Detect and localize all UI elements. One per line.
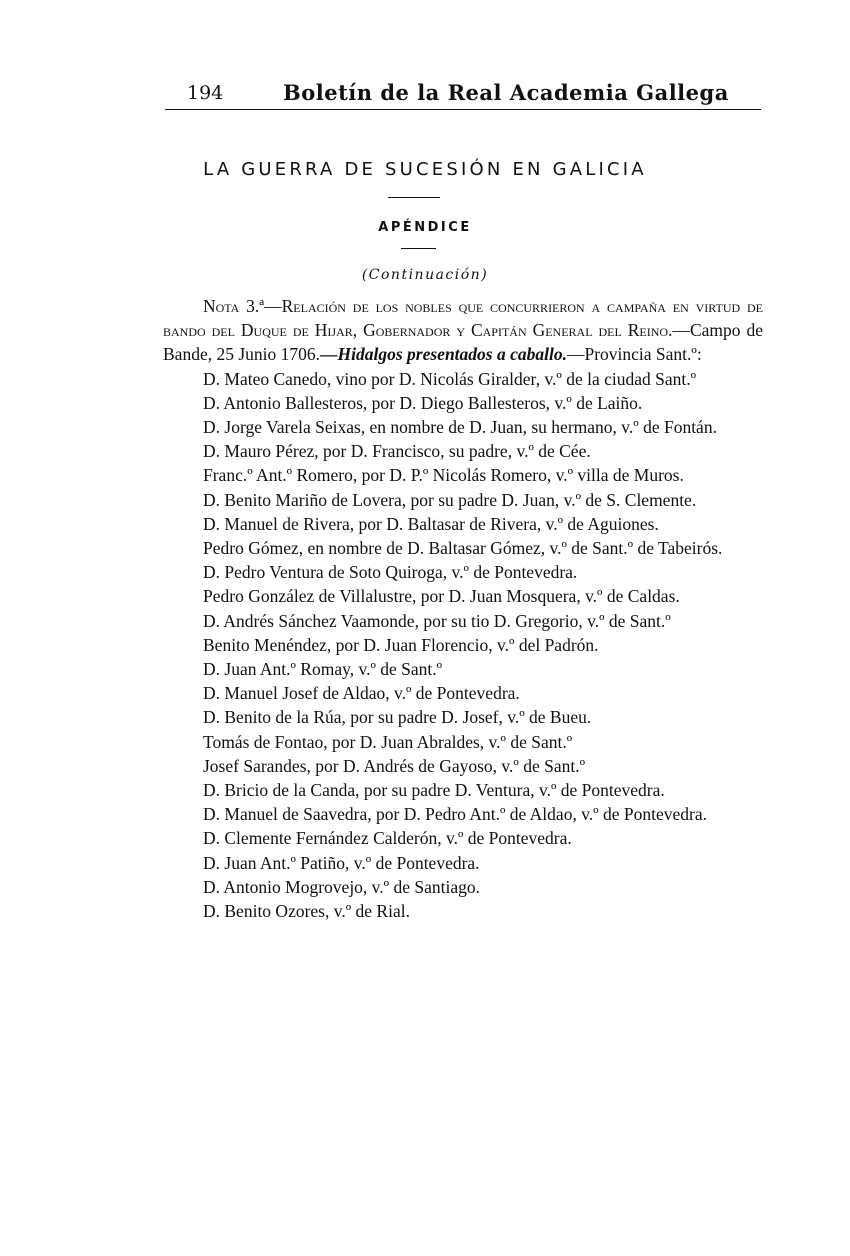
list-item: D. Juan Ant.º Romay, v.º de Sant.º	[163, 657, 763, 681]
list-item: D. Benito Ozores, v.º de Rial.	[163, 899, 763, 923]
list-item: D. Andrés Sánchez Vaamonde, por su tio D…	[163, 609, 763, 633]
list-item: D. Mauro Pérez, por D. Francisco, su pad…	[163, 439, 763, 463]
list-item: Josef Sarandes, por D. Andrés de Gayoso,…	[163, 754, 763, 778]
list-item: Benito Menéndez, por D. Juan Florencio, …	[163, 633, 763, 657]
note-italic: —Hidalgos presentados a caballo.	[320, 344, 567, 364]
page-number: 194	[187, 82, 223, 104]
list-item: D. Bricio de la Canda, por su padre D. V…	[163, 778, 763, 802]
list-item: Pedro Gómez, en nombre de D. Baltasar Gó…	[163, 536, 763, 560]
list-item: D. Jorge Varela Seixas, en nombre de D. …	[163, 415, 763, 439]
body-text: Nota 3.ª—Relación de los nobles que conc…	[163, 294, 763, 923]
note-province: —Provincia Sant.º:	[567, 344, 702, 364]
list-item: Pedro González de Villalustre, por D. Ju…	[163, 584, 763, 608]
section-title: APÉNDICE	[0, 220, 850, 235]
title-divider	[388, 197, 440, 198]
list-item: D. Clemente Fernández Calderón, v.º de P…	[163, 826, 763, 850]
list-item: D. Antonio Ballesteros, por D. Diego Bal…	[163, 391, 763, 415]
article-title: LA GUERRA DE SUCESIÓN EN GALICIA	[0, 159, 850, 180]
list-item: D. Manuel de Rivera, por D. Baltasar de …	[163, 512, 763, 536]
list-item: D. Mateo Canedo, vino por D. Nicolás Gir…	[163, 367, 763, 391]
entries-list: D. Mateo Canedo, vino por D. Nicolás Gir…	[163, 367, 763, 924]
list-item: D. Manuel Josef de Aldao, v.º de Ponteve…	[163, 681, 763, 705]
journal-title: Boletín de la Real Academia Gallega	[283, 80, 729, 105]
note-label: Nota 3.ª	[203, 296, 264, 316]
list-item: D. Benito de la Rúa, por su padre D. Jos…	[163, 705, 763, 729]
list-item: D. Juan Ant.º Patiño, v.º de Pontevedra.	[163, 851, 763, 875]
note-heading: Nota 3.ª—Relación de los nobles que conc…	[163, 294, 763, 367]
header-rule	[165, 109, 761, 110]
list-item: Tomás de Fontao, por D. Juan Abraldes, v…	[163, 730, 763, 754]
list-item: D. Benito Mariño de Lovera, por su padre…	[163, 488, 763, 512]
list-item: D. Pedro Ventura de Soto Quiroga, v.º de…	[163, 560, 763, 584]
document-page: 194 Boletín de la Real Academia Gallega …	[0, 0, 850, 1256]
list-item: Franc.º Ant.º Romero, por D. P.º Nicolás…	[163, 463, 763, 487]
running-head: 194 Boletín de la Real Academia Gallega	[163, 78, 761, 110]
continuation-label: (Continuación)	[0, 267, 850, 283]
list-item: D. Manuel de Saavedra, por D. Pedro Ant.…	[163, 802, 763, 826]
list-item: D. Antonio Mogrovejo, v.º de Santiago.	[163, 875, 763, 899]
section-divider	[401, 248, 436, 249]
